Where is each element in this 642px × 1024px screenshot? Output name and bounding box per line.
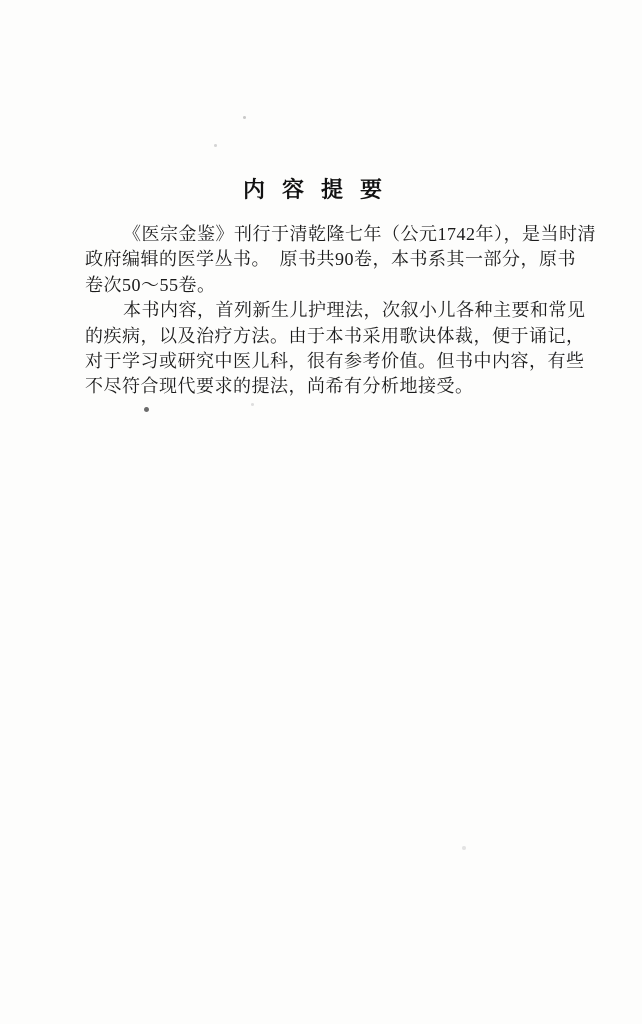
text-line: 本书内容，首列新生儿护理法，次叙小儿各种主要和常见 bbox=[85, 298, 567, 323]
text-line: 对于学习或研究中医儿科，很有参考价值。但书中内容，有些 bbox=[85, 349, 567, 374]
scan-speck bbox=[462, 846, 466, 850]
scan-speck bbox=[214, 144, 217, 147]
text-line: 政府编辑的医学丛书。 原书共90卷，本书系其一部分，原书 bbox=[85, 247, 567, 272]
ink-dot-artifact bbox=[144, 407, 149, 412]
scan-speck bbox=[251, 403, 254, 406]
text-line: 卷次50～55卷。 bbox=[85, 273, 567, 298]
scan-speck bbox=[243, 116, 246, 119]
page-title: 内容提要 bbox=[0, 176, 642, 203]
text-line: 《医宗金鉴》刊行于清乾隆七年（公元1742年），是当时清 bbox=[85, 222, 567, 247]
text-line: 不尽符合现代要求的提法，尚希有分析地接受。 bbox=[85, 374, 567, 399]
text-line: 的疾病，以及治疗方法。由于本书采用歌诀体裁，便于诵记， bbox=[85, 324, 567, 349]
scanned-book-page: 内容提要 《医宗金鉴》刊行于清乾隆七年（公元1742年），是当时清 政府编辑的医… bbox=[0, 0, 642, 1024]
summary-text-block: 《医宗金鉴》刊行于清乾隆七年（公元1742年），是当时清 政府编辑的医学丛书。 … bbox=[85, 222, 567, 400]
